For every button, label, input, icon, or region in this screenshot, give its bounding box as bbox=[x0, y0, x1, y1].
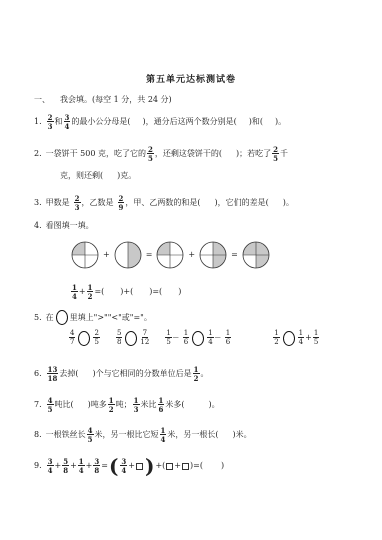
left-paren: ( bbox=[109, 456, 118, 476]
compare-circle[interactable] bbox=[78, 331, 90, 346]
question-number: 5. bbox=[34, 314, 42, 322]
pie-quarter-icon bbox=[155, 240, 185, 270]
fraction: 12 bbox=[193, 366, 200, 382]
text: =( bbox=[94, 288, 104, 296]
question-number: 9. bbox=[34, 462, 42, 470]
text: )+( bbox=[120, 288, 133, 296]
equals-sign: = bbox=[146, 251, 153, 259]
text: 吨； bbox=[116, 401, 132, 409]
text: )=( bbox=[190, 462, 203, 470]
fraction: 34 bbox=[47, 458, 54, 474]
page-title: 第五单元达标测试卷 bbox=[0, 72, 382, 85]
text: 去掉( bbox=[59, 370, 78, 378]
text: 米多( bbox=[165, 401, 184, 409]
fraction: 1318 bbox=[47, 366, 59, 382]
plus-sign: + bbox=[188, 251, 195, 259]
question-number: 7. bbox=[34, 401, 42, 409]
fraction: 712 bbox=[140, 330, 149, 346]
fraction: 14 bbox=[71, 284, 78, 300]
compare-circle[interactable] bbox=[283, 331, 295, 346]
question-2: 2. 一袋饼干 500 克，吃了它的 25 ，还剩这袋饼干的( )；若吃了 25… bbox=[34, 146, 288, 162]
fraction: 34 bbox=[120, 458, 127, 474]
text: )。 bbox=[283, 199, 294, 207]
section-header: 一、 我会填。(每空 1 分，共 24 分) bbox=[34, 96, 172, 104]
question-2-line-2: 克，则还剩( )克。 bbox=[60, 172, 136, 180]
fraction: 58 bbox=[62, 458, 69, 474]
text: )。 bbox=[209, 401, 220, 409]
fraction: 38 bbox=[93, 458, 100, 474]
question-9: 9. 34 + 58 + 14 + 38 = ( 34 + ) +( + )=(… bbox=[34, 456, 224, 476]
question-6: 6. 1318 去掉( )个与它相同的分数单位后是 12 。 bbox=[34, 366, 209, 382]
fraction: 29 bbox=[118, 195, 125, 211]
fraction: 23 bbox=[74, 195, 81, 211]
plus-sign: + bbox=[103, 251, 110, 259]
plus-sign: + bbox=[305, 334, 312, 342]
text: 米，另一根比它短 bbox=[95, 431, 159, 439]
fraction: 25 bbox=[272, 146, 279, 162]
question-7: 7. 45 吨比( )吨多 12 吨； 13 米比 16 米多( )。 bbox=[34, 397, 220, 413]
text: )；若吃了 bbox=[236, 150, 271, 158]
compare-circle-icon bbox=[56, 310, 68, 325]
text: 千 bbox=[280, 150, 288, 158]
question-number: 2. bbox=[34, 150, 42, 158]
text: 看图填一填。 bbox=[46, 222, 94, 230]
text: 的最小公分母是( bbox=[71, 118, 130, 126]
text: ) bbox=[221, 462, 224, 470]
question-5: 5. 在 里填上">""<"或"="。 bbox=[34, 310, 152, 325]
text: 。 bbox=[201, 370, 209, 378]
question-1: 1. 23 和 34 的最小公分母是( )，通分后这两个数分别是( )和( )。 bbox=[34, 114, 286, 130]
text: 在 bbox=[46, 314, 54, 322]
text: ，甲、乙两数的和是( bbox=[125, 199, 200, 207]
question-8: 8. 一根铁丝长 45 米，另一根比它短 14 米，另一根长( )米。 bbox=[34, 427, 252, 443]
plus-sign: + bbox=[79, 288, 86, 296]
fraction: 12 bbox=[108, 397, 115, 413]
fraction: 15 bbox=[313, 330, 319, 346]
text: 一袋饼干 500 克，吃了它的 bbox=[46, 150, 146, 158]
question-4: 4. 看图填一填。 bbox=[34, 222, 94, 230]
plus-sign: + bbox=[174, 462, 181, 470]
question-number: 6. bbox=[34, 370, 42, 378]
pie-diagram-row: + = + = bbox=[70, 240, 271, 270]
pie-two-quarters-icon bbox=[198, 240, 228, 270]
text: 一根铁丝长 bbox=[46, 431, 86, 439]
fraction: 16 bbox=[225, 330, 231, 346]
fraction: 25 bbox=[93, 330, 99, 346]
equals-sign: = bbox=[231, 251, 238, 259]
fraction: 16 bbox=[158, 397, 165, 413]
right-paren: ) bbox=[145, 456, 154, 476]
text: ) bbox=[178, 288, 181, 296]
fraction: 14 bbox=[207, 330, 213, 346]
text: 米，另一根长( bbox=[167, 431, 218, 439]
fraction: 34 bbox=[64, 114, 71, 130]
fraction: 14 bbox=[78, 458, 85, 474]
text: ，乙数是 bbox=[82, 199, 114, 207]
section-number: 一、 bbox=[34, 96, 50, 104]
text: 米比 bbox=[141, 401, 157, 409]
compare-circle[interactable] bbox=[125, 331, 137, 346]
text: +( bbox=[155, 462, 165, 470]
question-number: 4. bbox=[34, 222, 42, 230]
text: 和 bbox=[55, 118, 63, 126]
text: )，它们的差是( bbox=[215, 199, 269, 207]
pie-three-quarters-icon bbox=[241, 240, 271, 270]
question-3: 3. 甲数是 23 ，乙数是 29 ，甲、乙两数的和是( )，它们的差是( )。 bbox=[34, 195, 294, 211]
minus-sign: — bbox=[173, 335, 179, 341]
plus-sign: + bbox=[70, 462, 77, 470]
question-5-items: 47 25 58 712 15 — 16 14 — 16 12 14 + 15 bbox=[68, 330, 320, 346]
equals-sign: = bbox=[101, 462, 108, 470]
worksheet-page: 第五单元达标测试卷 一、 我会填。(每空 1 分，共 24 分) 1. 23 和… bbox=[0, 0, 382, 540]
fraction: 12 bbox=[87, 284, 94, 300]
text: 吨比( bbox=[55, 401, 74, 409]
minus-sign: — bbox=[215, 335, 221, 341]
question-number: 1. bbox=[34, 118, 42, 126]
fraction: 16 bbox=[183, 330, 189, 346]
question-number: 8. bbox=[34, 431, 42, 439]
question-number: 3. bbox=[34, 199, 42, 207]
text: )=( bbox=[149, 288, 162, 296]
fraction: 14 bbox=[160, 427, 167, 443]
plus-sign: + bbox=[128, 462, 135, 470]
fraction: 58 bbox=[116, 330, 122, 346]
fraction: 25 bbox=[147, 146, 154, 162]
section-label: 我会填。(每空 1 分，共 24 分) bbox=[60, 96, 172, 104]
pie-quarter-icon bbox=[70, 240, 100, 270]
answer-box[interactable] bbox=[182, 463, 189, 470]
fraction: 47 bbox=[69, 330, 75, 346]
pie-half-icon bbox=[113, 240, 143, 270]
text: 克，则还剩( bbox=[60, 172, 103, 180]
plus-sign: + bbox=[86, 462, 93, 470]
question-4-equation: 14 + 12 =( )+( )=( ) bbox=[70, 284, 181, 300]
fraction: 13 bbox=[133, 397, 140, 413]
text: )克。 bbox=[117, 172, 136, 180]
fraction: 14 bbox=[298, 330, 304, 346]
text: )。 bbox=[275, 118, 286, 126]
compare-circle[interactable] bbox=[192, 331, 204, 346]
plus-sign: + bbox=[55, 462, 62, 470]
text: 里填上">""<"或"="。 bbox=[70, 314, 152, 322]
answer-box[interactable] bbox=[166, 463, 173, 470]
text: )，通分后这两个数分别是( bbox=[143, 118, 237, 126]
text: ，还剩这袋饼干的( bbox=[155, 150, 222, 158]
fraction: 12 bbox=[273, 330, 279, 346]
fraction: 23 bbox=[47, 114, 54, 130]
text: )个与它相同的分数单位后是 bbox=[93, 370, 192, 378]
fraction: 45 bbox=[47, 397, 54, 413]
answer-box[interactable] bbox=[136, 463, 143, 470]
text: )米。 bbox=[233, 431, 252, 439]
fraction: 45 bbox=[87, 427, 94, 443]
text: )和( bbox=[249, 118, 263, 126]
text: )吨多 bbox=[88, 401, 107, 409]
text: 甲数是 bbox=[46, 199, 70, 207]
fraction: 15 bbox=[165, 330, 171, 346]
